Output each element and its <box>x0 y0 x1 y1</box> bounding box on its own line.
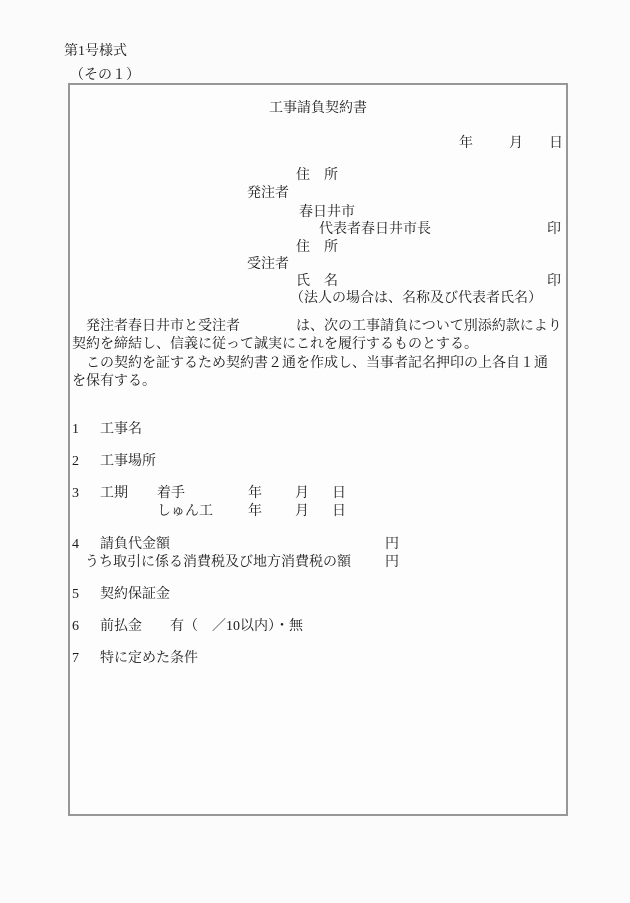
orderer-seal-mark: 印 <box>547 221 561 238</box>
item-3-number: 3 <box>72 485 79 502</box>
item-4-number: 4 <box>72 536 79 553</box>
contract-box <box>68 83 568 816</box>
document-page: 第1号様式 （その１） 工事請負契約書 年 月 日 住 所 発注者 春日井市 代… <box>0 0 630 903</box>
item-3-end-label: しゅん工 <box>157 503 213 520</box>
contractor-role-label: 受注者 <box>247 256 289 273</box>
item-3-start-year-label: 年 <box>248 485 262 502</box>
date-day-label: 日 <box>549 135 563 152</box>
item-2-number: 2 <box>72 453 79 470</box>
item-7-label: 特に定めた条件 <box>100 650 198 667</box>
item-4-yen-unit: 円 <box>385 536 399 553</box>
body-line-3: この契約を証するため契約書２通を作成し、当事者記名押印の上各自１通 <box>72 355 548 372</box>
item-4-label: 請負代金額 <box>100 536 170 553</box>
item-1-number: 1 <box>72 421 79 438</box>
item-7-number: 7 <box>72 650 79 667</box>
item-3-start-day-label: 日 <box>332 485 346 502</box>
body-line-4: を保有する。 <box>72 373 156 390</box>
item-3-end-day-label: 日 <box>332 503 346 520</box>
contract-title: 工事請負契約書 <box>68 100 568 117</box>
orderer-representative: 代表者春日井市長 <box>319 221 431 238</box>
item-3-start-month-label: 月 <box>295 485 309 502</box>
orderer-role-label: 発注者 <box>247 185 289 202</box>
form-number: 第1号様式 <box>64 43 127 60</box>
item-5-label: 契約保証金 <box>100 586 170 603</box>
orderer-name: 春日井市 <box>299 204 355 221</box>
orderer-address-label: 住 所 <box>296 167 338 184</box>
item-5-number: 5 <box>72 586 79 603</box>
item-1-label: 工事名 <box>100 421 142 438</box>
contractor-name-label: 氏 名 <box>296 273 338 290</box>
item-6-number: 6 <box>72 618 79 635</box>
corporate-note: （法人の場合は、名称及び代表者氏名） <box>290 290 542 307</box>
item-2-label: 工事場所 <box>100 453 156 470</box>
item-3-end-month-label: 月 <box>295 503 309 520</box>
item-3-label: 工期 <box>100 485 128 502</box>
contractor-address-label: 住 所 <box>296 239 338 256</box>
date-month-label: 月 <box>509 135 523 152</box>
body-line-1: 発注者春日井市と受注者 は、次の工事請負について別添約款により <box>72 318 562 335</box>
item-4-tax-label: うち取引に係る消費税及び地方消費税の額 <box>85 554 351 571</box>
form-part: （その１） <box>70 67 140 84</box>
contractor-seal-mark: 印 <box>547 273 561 290</box>
item-4-tax-yen-unit: 円 <box>385 554 399 571</box>
body-line-2: 契約を締結し、信義に従って誠実にこれを履行するものとする。 <box>72 336 478 353</box>
item-6-options: 有（ ／10以内）・無 <box>170 618 303 635</box>
item-3-start-label: 着手 <box>157 485 185 502</box>
item-3-end-year-label: 年 <box>248 503 262 520</box>
date-year-label: 年 <box>459 135 473 152</box>
item-6-label: 前払金 <box>100 618 142 635</box>
